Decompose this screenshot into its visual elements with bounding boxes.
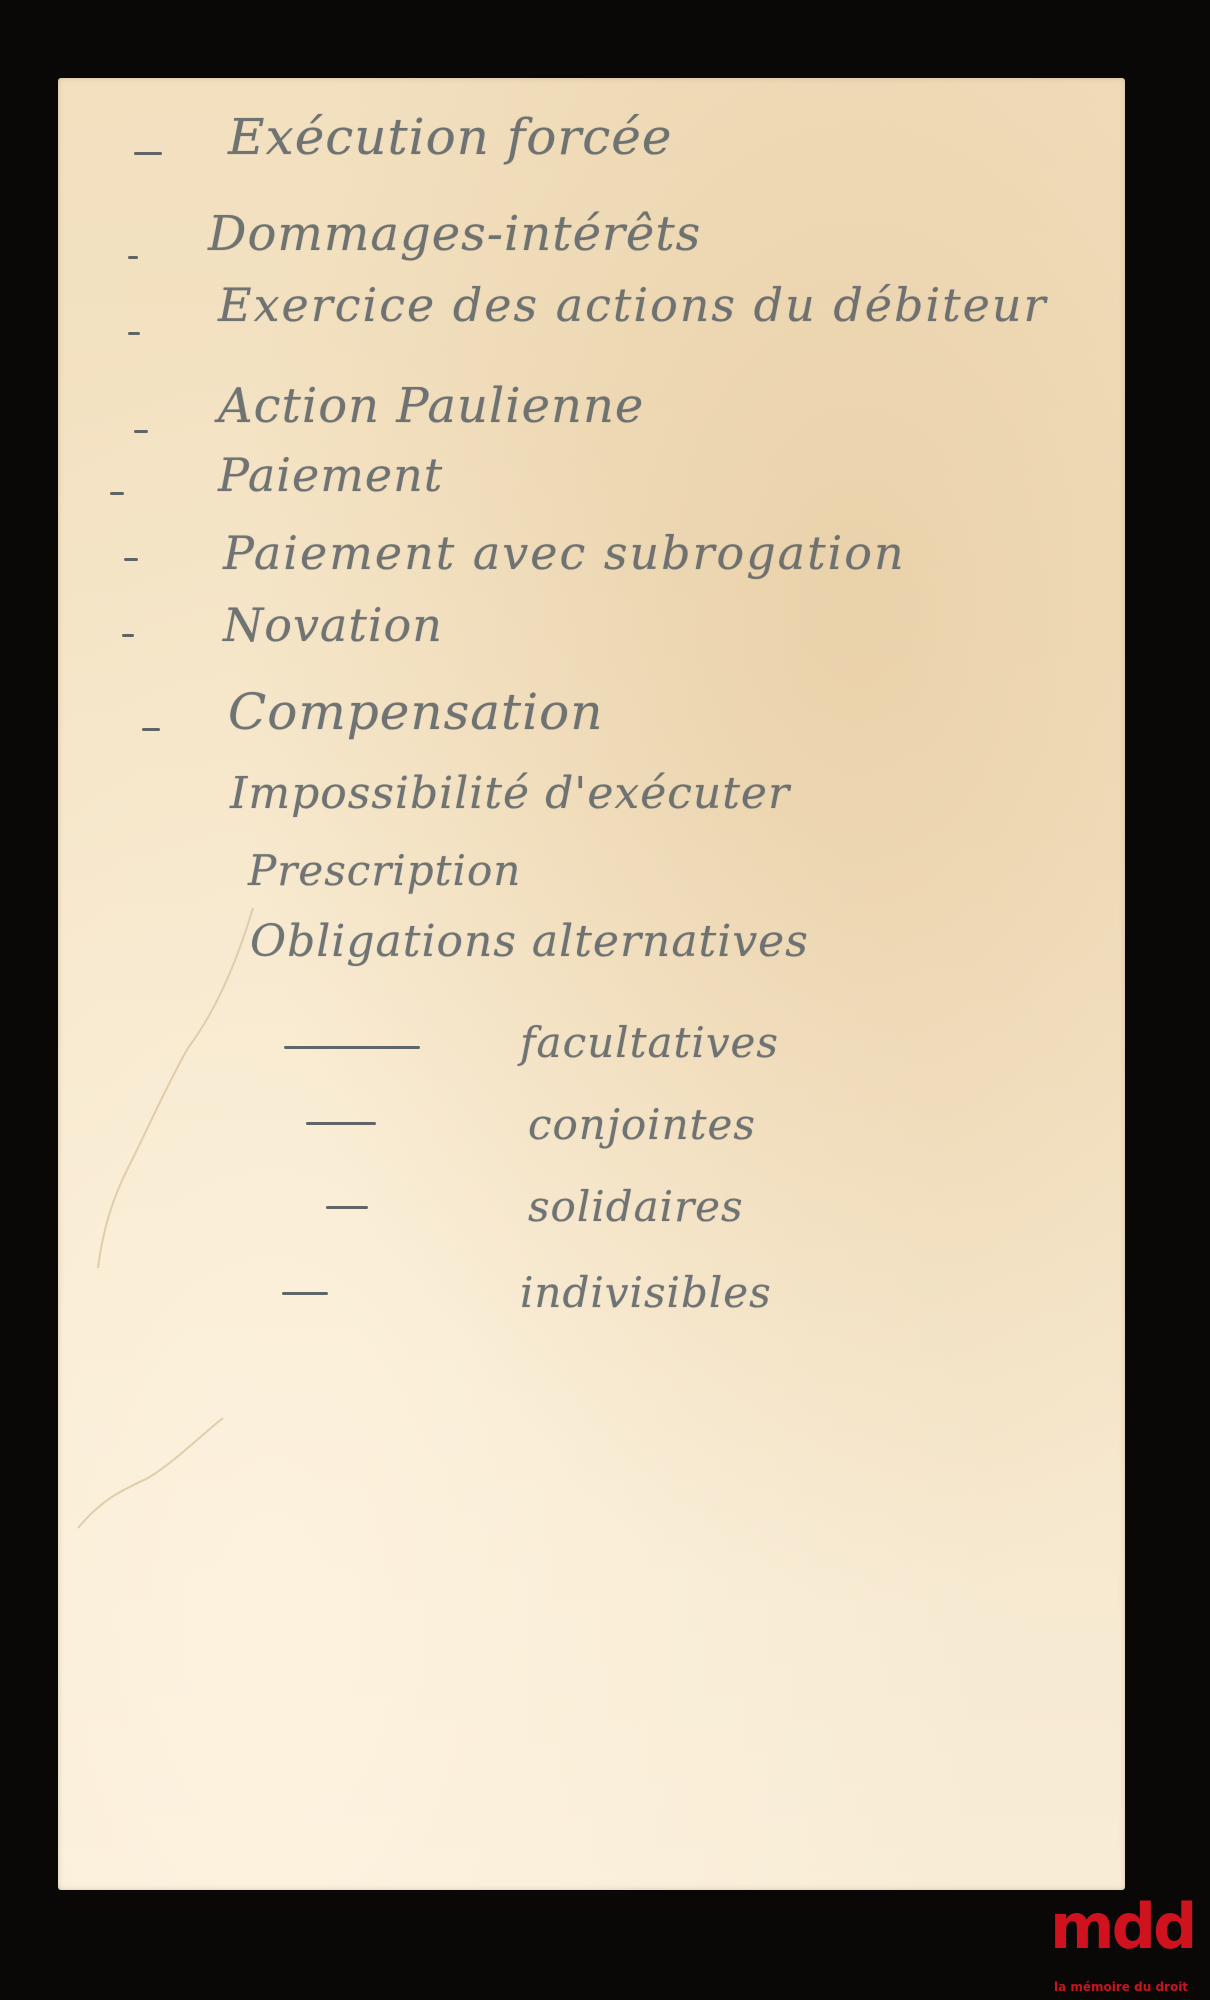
logo-tagline: la mémoire du droit <box>1054 1980 1188 1994</box>
note-line: facultatives <box>520 1018 779 1067</box>
note-line: Paiement <box>218 448 443 502</box>
note-line: Obligations alternatives <box>250 916 809 967</box>
bullet-dash <box>134 430 148 433</box>
note-line: Compensation <box>228 683 603 741</box>
note-line: Paiement avec subrogation <box>223 526 906 580</box>
ditto-dash <box>326 1206 368 1209</box>
note-line: conjointes <box>528 1100 756 1149</box>
note-line: Exercice des actions du débiteur <box>218 278 1048 332</box>
bullet-dash <box>110 492 124 495</box>
logo-mark: mdd <box>1050 1892 1194 1962</box>
bullet-dash <box>128 332 140 335</box>
note-line: Impossibilité d'exécuter <box>230 768 790 819</box>
paper-card: Exécution forcée Dommages-intérêts Exerc… <box>58 78 1125 1890</box>
bullet-dash <box>128 256 138 259</box>
mdd-logo: mdd la mémoire du droit <box>1050 1892 1210 2000</box>
scanned-document: Exécution forcée Dommages-intérêts Exerc… <box>0 0 1210 2000</box>
note-line: Novation <box>223 598 443 652</box>
note-line: Dommages-intérêts <box>208 206 701 262</box>
ditto-dash <box>282 1292 328 1295</box>
paper-crease-lower <box>58 1398 278 1538</box>
note-line: Prescription <box>248 846 521 895</box>
bullet-dash <box>124 558 138 561</box>
note-line: indivisibles <box>520 1268 772 1317</box>
note-line: solidaires <box>528 1182 744 1231</box>
note-line: Exécution forcée <box>228 108 672 166</box>
ditto-dash <box>306 1122 376 1125</box>
bullet-dash <box>134 152 162 155</box>
bullet-dash <box>142 728 160 731</box>
note-line: Action Paulienne <box>218 378 644 434</box>
bullet-dash <box>122 634 134 637</box>
ditto-dash <box>284 1046 420 1049</box>
